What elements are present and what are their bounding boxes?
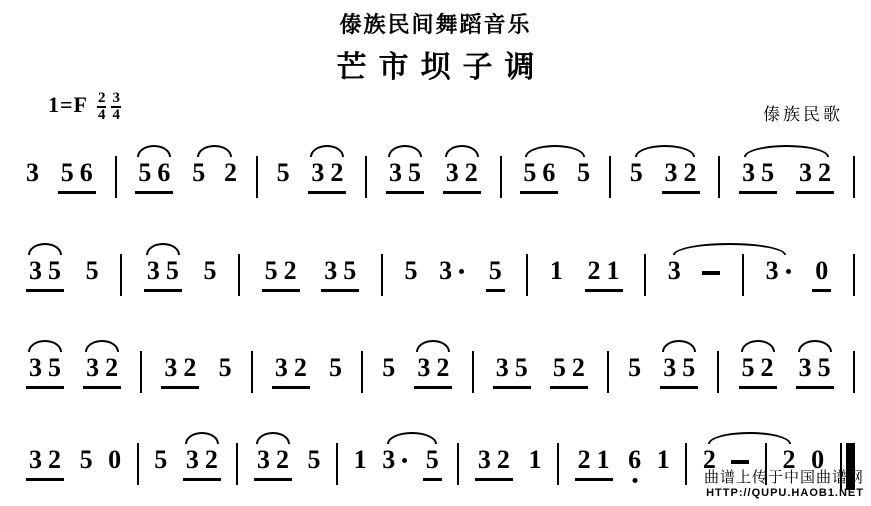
barline [853,351,855,393]
note: 5 [329,353,342,383]
note-digit: 1 [354,445,367,475]
barline [238,254,240,296]
note: 3 [439,256,464,286]
beam-group: 35 [796,353,834,389]
note-digit: 2 [105,353,118,383]
barline [140,351,142,393]
note: 5 [86,256,99,286]
note: 5 [628,353,641,383]
note-digit: 5 [515,353,528,383]
rest-note: 0 [108,445,121,475]
note-digit: 5 [277,158,290,188]
note-digit: 3 [478,445,491,475]
note-digit: 2 [497,445,510,475]
slur-arc [525,145,585,157]
note-digit: 6 [157,158,170,188]
note-digit: 2 [684,158,697,188]
note-digit: 3 [389,158,402,188]
beam-group: 32 [272,353,310,389]
beam-group: 35 [739,158,777,194]
beam-group: 21 [575,445,613,481]
barline [256,156,258,198]
note-digit: 2 [183,353,196,383]
note-digit: 6 [628,445,641,475]
note-digit: 3 [382,445,395,475]
note-digit: 5 [630,158,643,188]
note: 5 [404,256,417,286]
note-digit: 2 [284,256,297,286]
slur-arc [416,340,450,352]
beam-group: 21 [585,256,623,292]
beam-group: 56 [520,158,558,194]
beam-group: 35 [660,353,698,389]
slur-arc [387,432,437,444]
note: 1 [550,256,563,286]
note-digit: 1 [657,445,670,475]
duration-dot [402,458,407,463]
barline [685,443,687,485]
note-digit: 2 [224,158,237,188]
duration-dash [702,271,720,275]
note-digit: 3 [665,158,678,188]
note-digit: 5 [61,158,74,188]
note-digit: 5 [203,256,216,286]
slur-arc [185,432,219,444]
note-digit: 3 [663,353,676,383]
note: 5 [203,256,216,286]
slur-arc [137,145,171,157]
note: 5 [277,158,290,188]
note-digit: 2 [818,158,831,188]
note-digit: 5 [80,445,93,475]
slur-arc [388,145,422,157]
note-digit: 3 [275,353,288,383]
note: 5 [80,445,93,475]
note-digit: 1 [597,445,610,475]
note-digit: 2 [572,353,585,383]
note-digit: 5 [553,353,566,383]
beam-group: 32 [308,158,346,194]
slur-arc [744,145,829,157]
barline [609,156,611,198]
note-digit: 3 [186,445,199,475]
beam-group: 32 [796,158,834,194]
note-digit: 3 [324,256,337,286]
duration-dash [731,460,749,464]
note: 1 [354,445,367,475]
note-digit: 5 [628,353,641,383]
note-digit: 5 [408,158,421,188]
credit-site-name: 曲谱上传于中国曲谱网 [704,469,864,487]
note-digit: 2 [465,158,478,188]
barline [251,351,253,393]
measure-row: 356565253235325655323532 [26,158,855,200]
slur-arc [708,432,791,444]
barline [742,254,744,296]
note-digit: 5 [265,256,278,286]
note-digit: 2 [276,445,289,475]
note-digit: 3 [496,353,509,383]
note-digit: 5 [329,353,342,383]
slur-arc [28,243,62,255]
barline [853,156,855,198]
note: 3 [26,158,39,188]
barline [361,351,363,393]
note-digit: 5 [382,353,395,383]
slur-arc [256,432,290,444]
barline [115,156,117,198]
note: 5 [308,445,321,475]
note: 1 [528,445,541,475]
note-digit: 6 [542,158,555,188]
slur-arc [85,340,119,352]
barline [365,156,367,198]
note: 5 [192,158,205,188]
note-digit: 5 [308,445,321,475]
note-digit: 5 [343,256,356,286]
slur-arc [445,145,479,157]
barline [607,351,609,393]
note-digit: 3 [668,256,681,286]
note: 5 [382,353,395,383]
barline [718,156,720,198]
note-digit: 1 [550,256,563,286]
low-octave-dot [632,478,637,483]
barline [557,443,559,485]
note-digit: 3 [766,256,779,286]
duration-dot [459,269,464,274]
beam-group: 32 [183,445,221,481]
credit-site-url: HTTP://QUPU.HAOB1.NET [704,487,864,500]
beam-group: 5 [423,445,442,481]
note-digit: 5 [48,256,61,286]
note-digit: 5 [219,353,232,383]
note-digit: 3 [257,445,270,475]
beam-group: 52 [550,353,588,389]
beam-group: 35 [26,353,64,389]
beam-group: 52 [262,256,300,292]
beam-group: 32 [414,353,452,389]
note-digit: 6 [80,158,93,188]
note-digit: 2 [330,158,343,188]
note-digit: 3 [311,158,324,188]
barline [120,254,122,296]
beam-group: 32 [83,353,121,389]
note-digit: 2 [436,353,449,383]
beam-group: 32 [254,445,292,481]
note-digit: 2 [761,353,774,383]
note-digit: 3 [29,353,42,383]
note: 1 [657,445,670,475]
barline [457,443,459,485]
note-digit: 5 [192,158,205,188]
music-line-3: 353232532553235525355235 [26,339,855,399]
barline [137,443,139,485]
note-digit: 3 [742,158,755,188]
beam-group: 32 [161,353,199,389]
note-digit: 2 [48,445,61,475]
note-digit: 5 [86,256,99,286]
slur-arc [662,340,696,352]
beam-group: 35 [144,256,182,292]
beam-group: 35 [493,353,531,389]
slur-arc [310,145,344,157]
note-digit: 3 [26,158,39,188]
barline [717,351,719,393]
credit-block: 曲谱上传于中国曲谱网 HTTP://QUPU.HAOB1.NET [704,469,864,500]
note: 3 [766,256,791,286]
note-digit: 3 [799,158,812,188]
note-digit: 5 [426,445,439,475]
note-digit: 5 [404,256,417,286]
note-digit: 5 [761,158,774,188]
beam-group: 32 [662,158,700,194]
beam-group: 35 [321,256,359,292]
note-digit: 5 [682,353,695,383]
beam-group: 0 [812,256,831,292]
duration-dot [786,269,791,274]
note-digit: 0 [108,445,121,475]
beam-group: 32 [443,158,481,194]
note-digit: 3 [86,353,99,383]
note: 5 [154,445,167,475]
slur-arc [741,340,775,352]
note-digit: 2 [578,445,591,475]
note-digit: 5 [138,158,151,188]
beam-group: 35 [386,158,424,194]
slur-arc [28,340,62,352]
note-digit: 5 [166,256,179,286]
barline [644,254,646,296]
measure-row: 353232532553235525355235 [26,353,855,395]
sheet-music-page: 傣族民间舞蹈音乐 芒市坝子调 1=F 2434 傣族民歌 35656525323… [0,0,871,506]
note-digit: 5 [523,158,536,188]
note: 2 [224,158,237,188]
beam-group: 32 [26,445,64,481]
note-digit: 2 [205,445,218,475]
beam-group: 32 [475,445,513,481]
note-digit: 1 [607,256,620,286]
note: 5 [219,353,232,383]
barline [472,351,474,393]
slur-arc [635,145,695,157]
beam-group: 5 [486,256,505,292]
note: 3 [382,445,407,475]
note: 6 [628,445,641,475]
note-digit: 5 [742,353,755,383]
beam-group: 52 [739,353,777,389]
note-digit: 5 [489,256,502,286]
rest-digit: 0 [815,256,828,286]
note-digit: 3 [164,353,177,383]
note-digit: 3 [799,353,812,383]
score-lines: 3565652532353256553235323553555235535121… [0,0,871,506]
slur-arc [197,145,232,157]
slur-arc [146,243,180,255]
beam-group: 56 [135,158,173,194]
note-digit: 5 [577,158,590,188]
note-digit: 5 [48,353,61,383]
note: 5 [630,158,643,188]
beam-group: 35 [26,256,64,292]
barline [526,254,528,296]
note-digit: 3 [29,256,42,286]
note-digit: 1 [528,445,541,475]
note-digit: 3 [439,256,452,286]
note-digit: 5 [818,353,831,383]
measure-row: 3553555235535121330 [26,256,855,298]
note-digit: 3 [29,445,42,475]
note: 5 [577,158,590,188]
slur-arc [798,340,832,352]
slur-arc [673,243,786,255]
note-digit: 2 [294,353,307,383]
music-line-2: 3553555235535121330 [26,242,855,302]
music-line-1: 356565253235325655323532 [26,144,855,204]
barline [500,156,502,198]
barline [853,254,855,296]
beam-group: 56 [58,158,96,194]
note-digit: 3 [417,353,430,383]
note-digit: 3 [446,158,459,188]
barline [336,443,338,485]
note-digit: 3 [147,256,160,286]
note: 3 [668,256,681,286]
note-digit: 5 [154,445,167,475]
barline [381,254,383,296]
barline [236,443,238,485]
note-digit: 2 [588,256,601,286]
